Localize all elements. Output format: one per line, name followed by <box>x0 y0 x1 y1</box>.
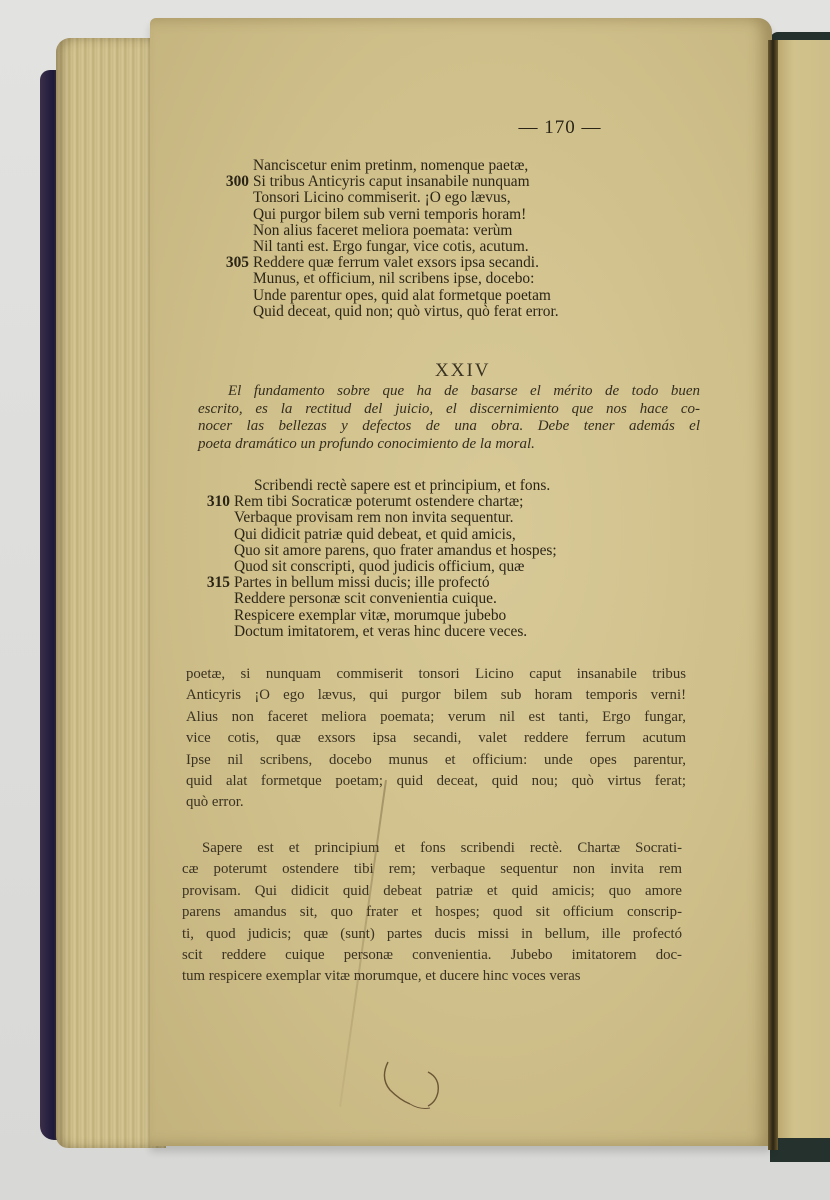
verse-line: Tonsori Licino commiserit. ¡O ego lævus, <box>253 190 559 206</box>
verse-line: 310Rem tibi Socraticæ poterumt ostendere… <box>234 494 557 510</box>
verse-line: Nanciscetur enim pretinm, nomenque paetæ… <box>253 158 559 174</box>
line-number: 300 <box>219 174 249 190</box>
verse-line: Scribendi rectè sapere est et principium… <box>234 478 557 494</box>
verse-line: 315Partes in bellum missi ducis; ille pr… <box>234 575 557 591</box>
verse-line: Quo sit amore parens, quo frater amandus… <box>234 543 557 559</box>
book-gutter <box>768 40 778 1150</box>
verse-line: Respicere exemplar vitæ, morumque jubebo <box>234 608 557 624</box>
line-number: 315 <box>200 575 230 591</box>
verse-line: Verbaque provisam rem non invita sequent… <box>234 510 557 526</box>
verse-line: Quid deceat, quid non; quò virtus, quò f… <box>253 304 559 320</box>
prose-translation-1: poetæ, si nunquam commiserit tonsori Lic… <box>186 664 686 814</box>
pencil-mark-icon <box>380 1058 460 1118</box>
verse-line: Doctum imitatorem, et veras hinc ducere … <box>234 624 557 640</box>
page-number: — 170 — <box>0 117 830 139</box>
verse-line: Qui purgor bilem sub verni temporis hora… <box>253 207 559 223</box>
verse-line: Qui didicit patriæ quid debeat, et quid … <box>234 527 557 543</box>
verse-line: Munus, et officium, nil scribens ipse, d… <box>253 271 559 287</box>
verse-block-2: Scribendi rectè sapere est et principium… <box>234 478 557 640</box>
line-number: 305 <box>219 255 249 271</box>
verse-line: Reddere personæ scit convenientia cuique… <box>234 591 557 607</box>
verse-line: 305Reddere quæ ferrum valet exsors ipsa … <box>253 255 559 271</box>
verse-line: Quod sit conscripti, quod judicis offici… <box>234 559 557 575</box>
verse-block-1: Nanciscetur enim pretinm, nomenque paetæ… <box>253 158 559 320</box>
line-number: 310 <box>200 494 230 510</box>
prose-translation-2: Sapere est et principium et fons scriben… <box>182 838 682 988</box>
chapter-heading: XXIV <box>435 360 491 382</box>
verse-line: Unde parentur opes, quid alat formetque … <box>253 288 559 304</box>
verse-line: Nil tanti est. Ergo fungar, vice cotis, … <box>253 239 559 255</box>
page-number-text: — 170 — <box>229 117 602 139</box>
verse-line: Non alius faceret meliora poemata: verùm <box>253 223 559 239</box>
chapter-summary: El fundamento sobre que ha de basarse el… <box>198 383 700 453</box>
facing-page <box>776 40 830 1138</box>
verse-line: 300Si tribus Anticyris caput insanabile … <box>253 174 559 190</box>
